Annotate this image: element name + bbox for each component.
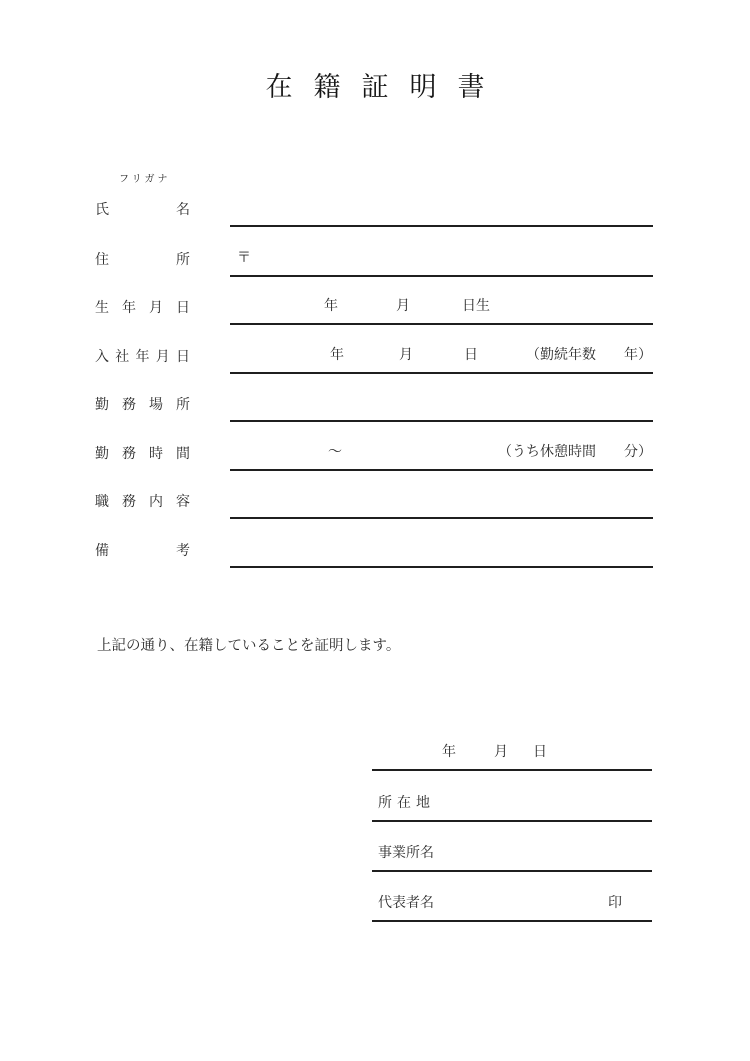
birth-month-unit: 月 [396, 300, 410, 314]
company-address-label: 所在地 [378, 797, 435, 811]
issue-date-day-unit: 日 [533, 746, 547, 760]
workplace-field-blank [230, 390, 653, 422]
form-row-name: 氏名 [95, 195, 653, 227]
representative-name-label: 代表者名 [378, 897, 434, 911]
form-row-workplace: 勤務場所 [95, 390, 653, 422]
birth-day-unit: 日生 [462, 300, 490, 314]
address-field-blank: 〒 [230, 245, 653, 277]
form-row-remarks: 備考 [95, 536, 653, 568]
form-row-address: 住所 〒 [95, 245, 653, 277]
birth-year-unit: 年 [324, 300, 338, 314]
seal-mark: 印 [608, 897, 622, 911]
join-month-unit: 月 [399, 349, 413, 363]
office-name-label: 事業所名 [378, 847, 434, 861]
form-row-joindate: 入社年月日 年 月 日 （勤続年数 年） [95, 342, 653, 374]
break-time-note: （うち休憩時間 分） [498, 446, 652, 460]
join-year-unit: 年 [330, 349, 344, 363]
furigana-label: フリガナ [119, 175, 171, 185]
certificate-of-employment-document: 在籍証明書 フリガナ 氏名 住所 〒 生年月日 年 月 日生 入社年月日 年 月… [0, 0, 750, 1061]
joindate-field-blank: 年 月 日 （勤続年数 年） [230, 342, 653, 374]
duties-label: 職務内容 [95, 495, 190, 510]
form-row-workhours: 勤務時間 ～ （うち休憩時間 分） [95, 439, 653, 471]
document-title: 在籍証明書 [0, 71, 750, 103]
duties-field-blank [230, 487, 653, 519]
workhours-field-blank: ～ （うち休憩時間 分） [230, 439, 653, 471]
postal-mark: 〒 [237, 252, 251, 266]
tenure-note: （勤続年数 年） [526, 349, 652, 363]
company-address-row: 所在地 [372, 788, 652, 822]
joindate-label: 入社年月日 [95, 350, 190, 365]
issue-date-row: 年 月 日 [372, 737, 652, 771]
certification-statement: 上記の通り、在籍していることを証明します。 [97, 637, 400, 656]
form-row-duties: 職務内容 [95, 487, 653, 519]
office-name-row: 事業所名 [372, 838, 652, 872]
issue-date-year-unit: 年 [442, 746, 456, 760]
name-field-blank [230, 195, 653, 227]
birthdate-field-blank: 年 月 日生 [230, 293, 653, 325]
name-label: 氏名 [95, 203, 190, 218]
birthdate-label: 生年月日 [95, 301, 190, 316]
issue-date-month-unit: 月 [494, 746, 508, 760]
form-row-birthdate: 生年月日 年 月 日生 [95, 293, 653, 325]
workplace-label: 勤務場所 [95, 398, 190, 413]
join-day-unit: 日 [464, 349, 478, 363]
representative-name-row: 代表者名 印 [372, 888, 652, 922]
remarks-label: 備考 [95, 544, 190, 559]
workhours-label: 勤務時間 [95, 447, 190, 462]
address-label: 住所 [95, 253, 190, 268]
hours-range-tilde: ～ [328, 446, 342, 460]
remarks-field-blank [230, 536, 653, 568]
